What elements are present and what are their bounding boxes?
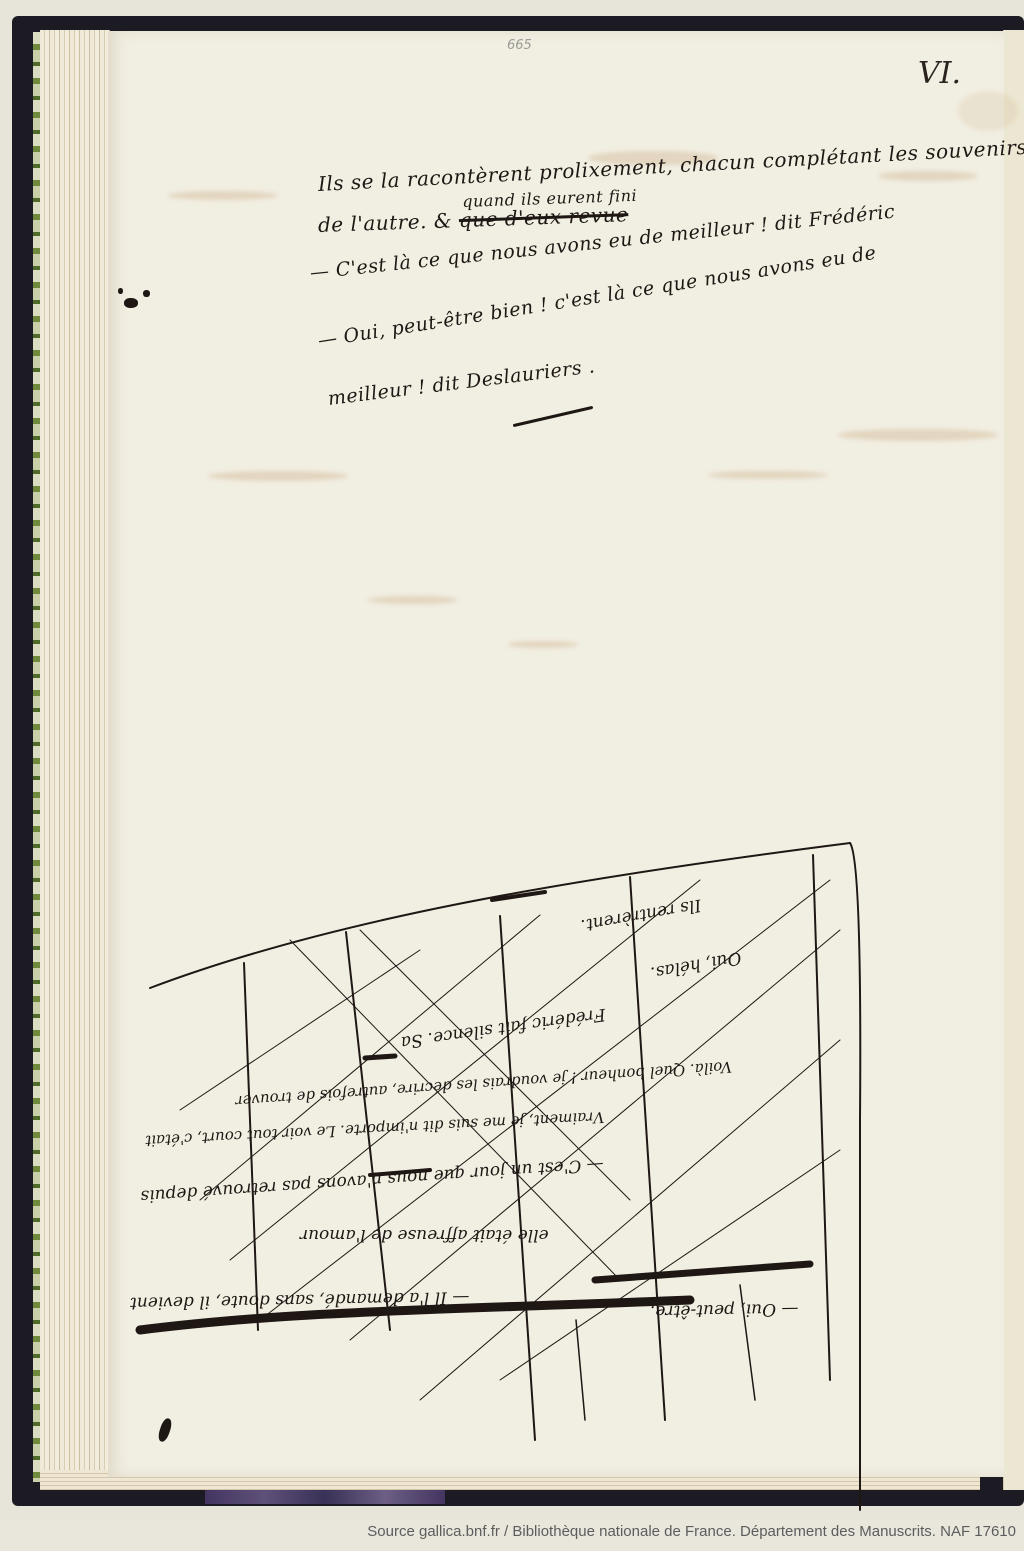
chapter-marker: VI.	[918, 56, 961, 91]
inverted-note-9: — Oui, peut-être.	[650, 1299, 799, 1322]
ink-blot	[124, 298, 138, 308]
line-2-prefix: de l'autre. &	[318, 208, 460, 237]
folio-number: 665	[507, 38, 532, 53]
ink-blot	[118, 288, 123, 294]
ink-blot	[143, 290, 150, 297]
page-edge-right	[1003, 30, 1024, 1490]
marbled-edge	[205, 1490, 445, 1504]
inverted-note-7: elle était affreuse de l'amour	[300, 1225, 549, 1245]
source-credit: Source gallica.bnf.fr / Bibliothèque nat…	[367, 1523, 1016, 1540]
page-edges-left	[40, 30, 110, 1490]
